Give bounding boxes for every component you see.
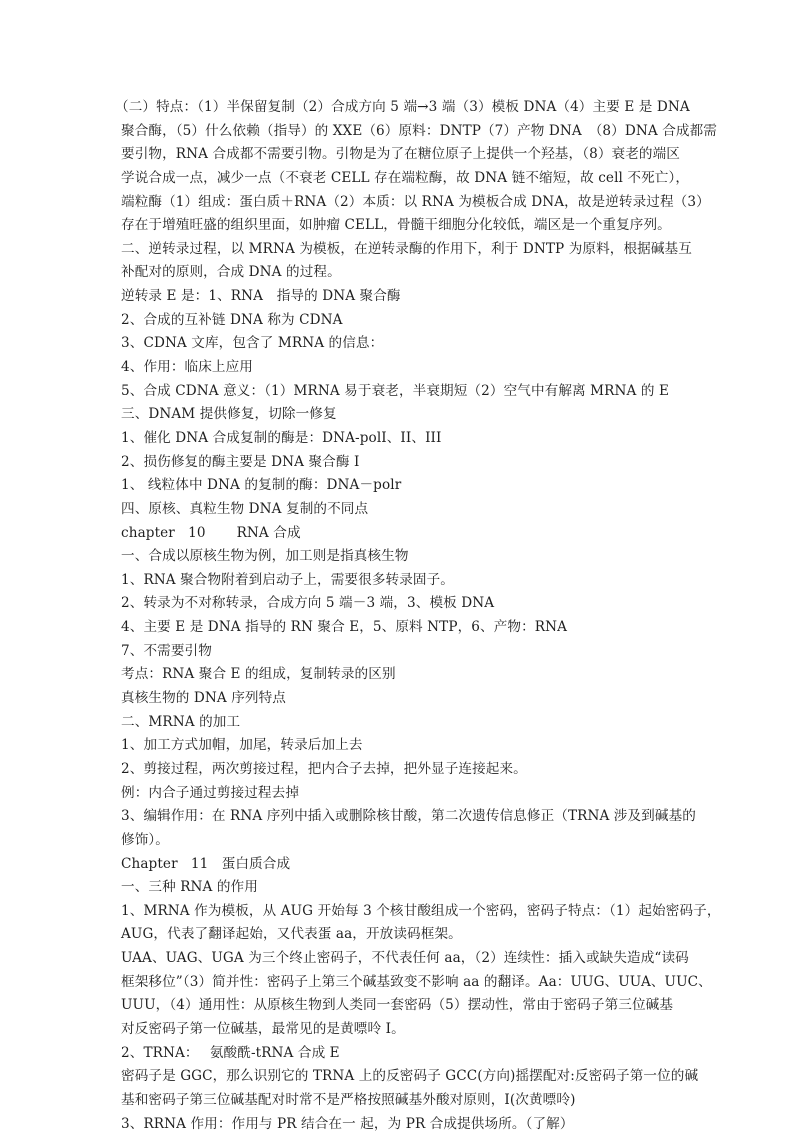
- chapter-heading: chapter 10 RNA 合成: [121, 522, 693, 546]
- text-line: 考点：RNA 聚合 E 的组成，复制转录的区别: [121, 663, 693, 687]
- list-item: 2、转录为不对称转录，合成方向 5 端－3 端，3、模板 DNA: [121, 592, 693, 616]
- list-item: 3、编辑作用：在 RNA 序列中插入或删除核甘酸，第二次遗传信息修正（TRNA …: [121, 805, 693, 829]
- text-line: 存在于增殖旺盛的组织里面，如肿瘤 CELL，骨髓干细胞分化较低，端区是一个重复序…: [121, 214, 693, 238]
- chapter-heading: Chapter 11 蛋白质合成: [121, 853, 693, 877]
- text-line: 端粒酶（1）组成：蛋白质＋RNA（2）本质：以 RNA 为模板合成 DNA，故是…: [121, 191, 693, 215]
- list-item: 1、 线粒体中 DNA 的复制的酶：DNA－polr: [121, 474, 693, 498]
- list-item: 1、RNA 聚合物附着到启动子上，需要很多转录固子。: [121, 569, 693, 593]
- list-item: 2、剪接过程，两次剪接过程，把内合子去掉，把外显子连接起来。: [121, 758, 693, 782]
- text-line: 学说合成一点，减少一点（不衰老 CELL 存在端粒酶，故 DNA 链不缩短，故 …: [121, 167, 693, 191]
- text-line: UAA、UAG、UGA 为三个终止密码子，不代表任何 aa，（2）连续性：插入或…: [121, 947, 693, 971]
- list-item: 3、CDNA 文库，包含了 MRNA 的信息：: [121, 332, 693, 356]
- text-line: 框架移位”（3）简并性：密码子上第三个碱基致变不影响 aa 的翻译。Aa：UUG…: [121, 971, 693, 995]
- list-item: 5、合成 CDNA 意义：（1）MRNA 易于衰老，半衰期短（2）空气中有解离 …: [121, 380, 693, 404]
- text-line: 真核生物的 DNA 序列特点: [121, 687, 693, 711]
- section-heading: 一、合成以原核生物为例，加工则是指真核生物: [121, 545, 693, 569]
- text-line: 修饰）。: [121, 829, 693, 853]
- list-item: 1、加工方式加帽，加尾，转录后加上去: [121, 734, 693, 758]
- text-line: 要引物，RNA 合成都不需要引物。引物是为了在糖位原子上提供一个羟基，（8）衰老…: [121, 143, 693, 167]
- section-heading: 三、DNAM 提供修复，切除一修复: [121, 403, 693, 427]
- text-line: 逆转录 E 是：1、RNA 指导的 DNA 聚合酶: [121, 285, 693, 309]
- document-page: （二）特点：（1）半保留复制（2）合成方向 5 端→3 端（3）模板 DNA（4…: [121, 96, 693, 1131]
- list-item: 1、MRNA 作为模板，从 AUG 开始每 3 个核甘酸组成一个密码，密码子特点…: [121, 900, 693, 924]
- text-line: UUU，（4）通用性：从原核生物到人类同一套密码（5）摆动性，常由于密码子第三位…: [121, 994, 693, 1018]
- text-line: AUG，代表了翻译起始，又代表蛋 aa，开放读码框架。: [121, 923, 693, 947]
- list-item: 3、RRNA 作用：作用与 PR 结合在一 起，为 PR 合成提供场所。（了解）: [121, 1113, 693, 1131]
- list-item: 1、催化 DNA 合成复制的酶是：DNA-polI、II、III: [121, 427, 693, 451]
- section-heading: 四、原核、真粒生物 DNA 复制的不同点: [121, 498, 693, 522]
- text-line: 密码子是 GGC，那么识别它的 TRNA 上的反密码子 GCC(方向)摇摆配对:…: [121, 1065, 693, 1089]
- section-heading: 一、三种 RNA 的作用: [121, 876, 693, 900]
- text-line: 聚合酶，（5）什么依赖（指导）的 XXE（6）原料：DNTP（7）产物 DNA …: [121, 120, 693, 144]
- section-heading: 二、MRNA 的加工: [121, 711, 693, 735]
- text-line: 基和密码子第三位碱基配对时常不是严格按照碱基外酸对原则，I(次黄嘌呤): [121, 1089, 693, 1113]
- list-item: 2、合成的互补链 DNA 称为 CDNA: [121, 309, 693, 333]
- text-line: （二）特点：（1）半保留复制（2）合成方向 5 端→3 端（3）模板 DNA（4…: [121, 96, 693, 120]
- list-item: 2、TRNA： 氨酸酰-tRNA 合成 E: [121, 1042, 693, 1066]
- text-line: 例：内合子通过剪接过程去掉: [121, 782, 693, 806]
- list-item: 4、主要 E 是 DNA 指导的 RN 聚合 E，5、原料 NTP，6、产物：R…: [121, 616, 693, 640]
- list-item: 2、损伤修复的酶主要是 DNA 聚合酶 I: [121, 451, 693, 475]
- list-item: 4、作用：临床上应用: [121, 356, 693, 380]
- section-heading: 二、逆转录过程，以 MRNA 为模板，在逆转录酶的作用下，利于 DNTP 为原料…: [121, 238, 693, 262]
- text-line: 补配对的原则，合成 DNA 的过程。: [121, 261, 693, 285]
- text-line: 对反密码子第一位碱基，最常见的是黄嘌呤 I。: [121, 1018, 693, 1042]
- list-item: 7、不需要引物: [121, 640, 693, 664]
